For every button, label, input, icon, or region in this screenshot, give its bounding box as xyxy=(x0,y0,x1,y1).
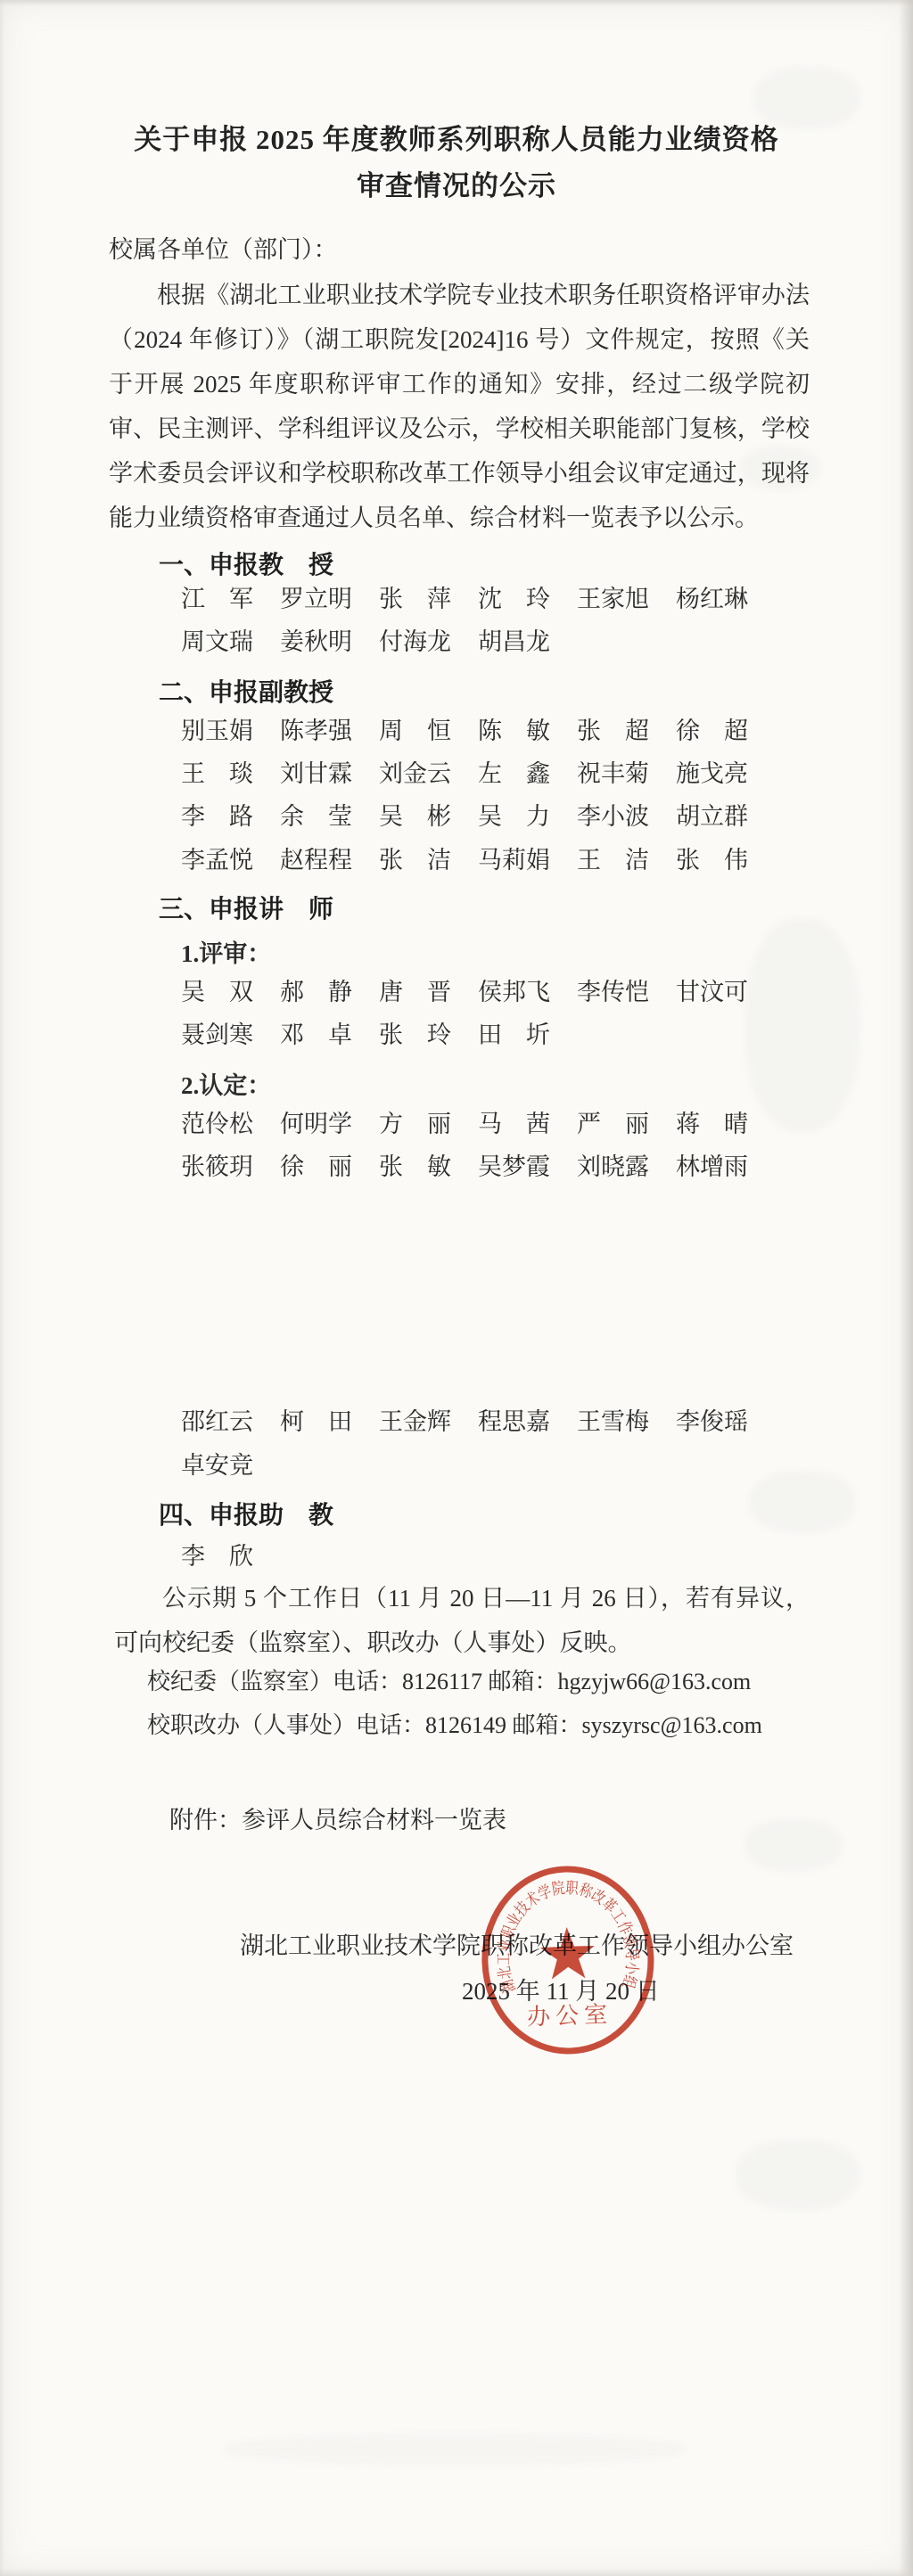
person-name: 何明学 xyxy=(280,1109,352,1139)
contact-line-discipline-office: 校纪委（监察室）电话：8126117 邮箱：hgzyjw66@163.com xyxy=(147,1663,751,1696)
person-name: 周文瑞 xyxy=(181,627,253,657)
name-row-lecturer-recognition-3: 邵红云柯 田王金辉程思嘉王雪梅李俊瑶 xyxy=(181,1407,748,1437)
person-name: 胡立群 xyxy=(676,801,748,832)
name-row-lecturer-recognition-1: 范伶松何明学方 丽马 茜严 丽蒋 晴 xyxy=(181,1109,748,1139)
contact-line-hr-office: 校职改办（人事处）电话：8126149 邮箱：syszyrsc@163.com xyxy=(147,1707,762,1740)
bleedthrough-artifact xyxy=(744,918,860,1132)
name-row-lecturer-review-2: 聂剑寒邓 卓张 玲田 圻 xyxy=(181,1020,550,1050)
salutation: 校属各单位（部门）： xyxy=(109,230,338,265)
person-name: 张 玲 xyxy=(379,1020,451,1050)
person-name: 吴 彬 xyxy=(379,801,451,832)
person-name: 卓安竞 xyxy=(181,1450,253,1481)
person-name: 张 伟 xyxy=(676,845,748,875)
person-name: 刘金云 xyxy=(379,759,451,789)
paper-edge-right xyxy=(899,0,913,2576)
paper-edge-top xyxy=(0,0,913,6)
person-name: 柯 田 xyxy=(280,1407,352,1437)
person-name: 田 圻 xyxy=(478,1020,550,1050)
person-name: 赵程程 xyxy=(280,845,352,875)
section-heading-associate: 二、申报副教授 xyxy=(159,673,333,709)
name-row-associate-2: 王 琰刘甘霖刘金云左 鑫祝丰菊施戈亮 xyxy=(181,759,748,789)
person-name: 方 丽 xyxy=(379,1109,451,1139)
person-name: 王 洁 xyxy=(577,845,649,875)
paper-edge-left xyxy=(0,0,4,2576)
name-row-lecturer-recognition-4: 卓安竞 xyxy=(181,1450,253,1481)
bleedthrough-artifact xyxy=(749,1471,856,1533)
document-title-line2: 审查情况的公示 xyxy=(357,170,556,201)
name-row-associate-1: 别玉娟陈孝强周 恒陈 敏张 超徐 超 xyxy=(181,716,748,746)
person-name: 陈 敏 xyxy=(478,716,550,746)
section-heading-assistant: 四、申报助 教 xyxy=(159,1496,333,1531)
official-stamp: 湖北工业职业技术学院职称改革工作领导小组 办公室 xyxy=(465,1849,671,2075)
person-name: 王金辉 xyxy=(379,1407,451,1437)
person-name: 李小波 xyxy=(577,801,649,832)
bleedthrough-artifact xyxy=(223,2433,687,2465)
person-name: 李 路 xyxy=(181,801,253,832)
person-name: 李孟悦 xyxy=(181,845,253,875)
person-name: 张 萍 xyxy=(379,584,451,614)
person-name: 祝丰菊 xyxy=(577,759,649,789)
person-name: 付海龙 xyxy=(379,627,451,657)
paper-edge-bottom xyxy=(0,2568,913,2576)
person-name: 唐 晋 xyxy=(379,977,451,1007)
person-name: 罗立明 xyxy=(280,584,352,614)
person-name: 吴梦霞 xyxy=(478,1152,550,1182)
person-name: 李俊瑶 xyxy=(676,1407,748,1437)
person-name: 侯邦飞 xyxy=(478,977,550,1007)
person-name: 周 恒 xyxy=(379,716,451,746)
person-name: 胡昌龙 xyxy=(478,627,550,657)
person-name: 邓 卓 xyxy=(280,1020,352,1050)
scanned-document-page: 关于申报 2025 年度教师系列职称人员能力业绩资格审查情况的公示 校属各单位（… xyxy=(0,0,913,2576)
person-name: 江 军 xyxy=(181,584,253,614)
person-name: 王 琰 xyxy=(181,759,253,789)
person-name: 马 茜 xyxy=(478,1109,550,1139)
document-title: 关于申报 2025 年度教师系列职称人员能力业绩资格审查情况的公示 xyxy=(0,117,913,209)
name-row-assistant-1: 李 欣 xyxy=(181,1541,253,1571)
intro-paragraph: 根据《湖北工业职业技术学院专业技术职务任职资格评审办法（2024 年修订）》（湖… xyxy=(109,273,810,540)
person-name: 王家旭 xyxy=(577,584,649,614)
person-name: 林增雨 xyxy=(676,1152,748,1182)
person-name: 程思嘉 xyxy=(478,1407,550,1437)
person-name: 张 洁 xyxy=(379,845,451,875)
name-row-professor-1: 江 军罗立明张 萍沈 玲王家旭杨红琳 xyxy=(181,584,748,614)
name-row-professor-2: 周文瑞姜秋明付海龙胡昌龙 xyxy=(181,627,550,657)
person-name: 姜秋明 xyxy=(280,627,352,657)
name-row-lecturer-review-1: 吴 双郝 静唐 晋侯邦飞李传恺甘汶可 xyxy=(181,977,748,1007)
person-name: 刘甘霖 xyxy=(280,759,352,789)
person-name: 王雪梅 xyxy=(577,1407,649,1437)
name-row-associate-4: 李孟悦赵程程张 洁马莉娟王 洁张 伟 xyxy=(181,845,748,875)
stamp-star-icon xyxy=(539,1926,596,1980)
person-name: 李 欣 xyxy=(181,1541,253,1571)
attachment-line: 附件：参评人员综合材料一览表 xyxy=(169,1801,506,1835)
bleedthrough-artifact xyxy=(744,1818,843,1872)
document-title-line1: 关于申报 2025 年度教师系列职称人员能力业绩资格 xyxy=(134,124,779,155)
person-name: 邵红云 xyxy=(181,1407,253,1437)
person-name: 聂剑寒 xyxy=(181,1020,253,1050)
section-heading-professor: 一、申报教 授 xyxy=(159,546,333,581)
person-name: 范伶松 xyxy=(181,1109,253,1139)
person-name: 蒋 晴 xyxy=(676,1109,748,1139)
person-name: 徐 超 xyxy=(676,716,748,746)
person-name: 郝 静 xyxy=(280,977,352,1007)
stamp-office-text: 办公室 xyxy=(527,2000,613,2030)
person-name: 施戈亮 xyxy=(676,759,748,789)
person-name: 马莉娟 xyxy=(478,845,550,875)
person-name: 杨红琳 xyxy=(676,584,748,614)
person-name: 吴 双 xyxy=(181,977,253,1007)
name-row-lecturer-recognition-2: 张筱玥徐 丽张 敏吴梦霞刘晓露林增雨 xyxy=(181,1152,748,1182)
sub-label-review: 1.评审： xyxy=(181,934,271,969)
person-name: 严 丽 xyxy=(577,1109,649,1139)
section-heading-lecturer: 三、申报讲 师 xyxy=(159,890,333,925)
person-name: 余 莹 xyxy=(280,801,352,832)
person-name: 陈孝强 xyxy=(280,716,352,746)
person-name: 李传恺 xyxy=(577,977,649,1007)
person-name: 左 鑫 xyxy=(478,759,550,789)
person-name: 吴 力 xyxy=(478,801,550,832)
person-name: 徐 丽 xyxy=(280,1152,352,1182)
sub-label-recognition: 2.认定： xyxy=(181,1066,271,1101)
person-name: 刘晓露 xyxy=(577,1152,649,1182)
person-name: 张 敏 xyxy=(379,1152,451,1182)
notice-paragraph: 公示期 5 个工作日（11 月 20 日—11 月 26 日），若有异议，可向校… xyxy=(114,1576,810,1665)
person-name: 甘汶可 xyxy=(676,977,748,1007)
bleedthrough-artifact xyxy=(736,2139,860,2211)
person-name: 张筱玥 xyxy=(181,1152,253,1182)
person-name: 张 超 xyxy=(577,716,649,746)
person-name: 别玉娟 xyxy=(181,716,253,746)
person-name: 沈 玲 xyxy=(478,584,550,614)
name-row-associate-3: 李 路余 莹吴 彬吴 力李小波胡立群 xyxy=(181,801,748,832)
